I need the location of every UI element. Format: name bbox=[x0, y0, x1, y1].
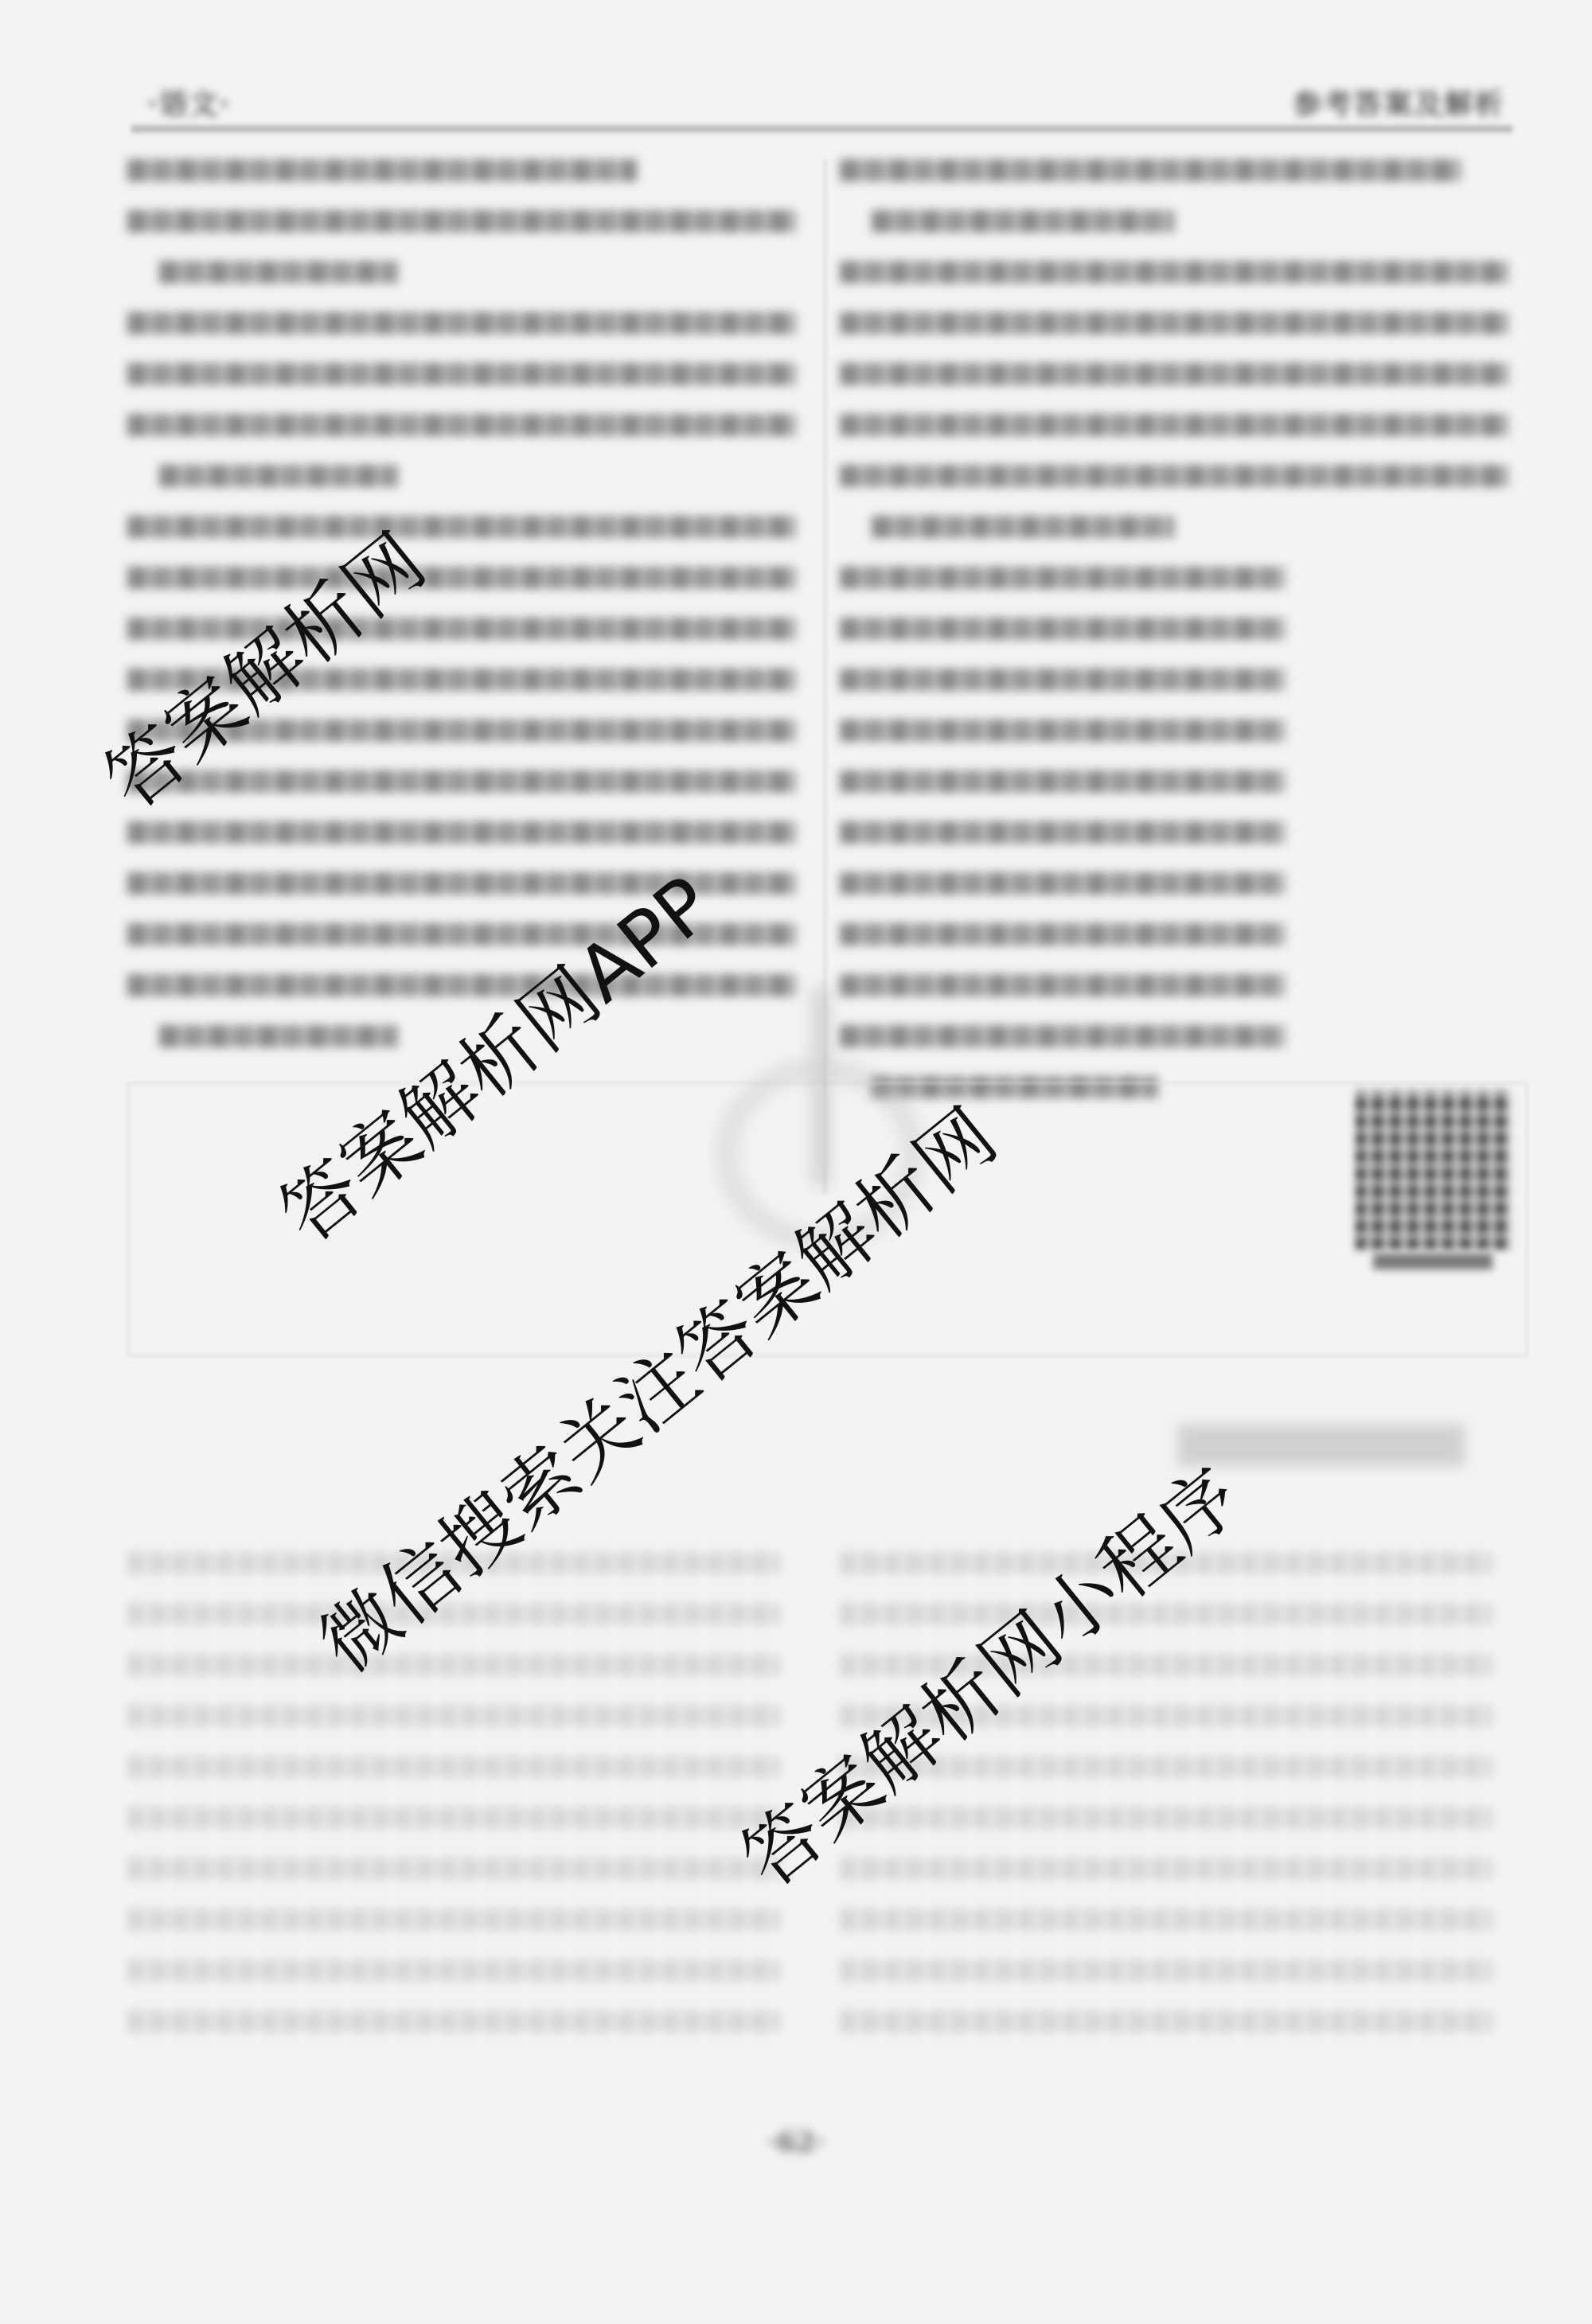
document-page: ·语文· 参考答案及解析 ·62· 答案解析网 答案解析网APP 微信搜索关注答… bbox=[0, 0, 1592, 2324]
blurred-text-line bbox=[840, 770, 1524, 793]
blurred-text-line bbox=[127, 210, 812, 232]
blurred-text-line bbox=[840, 363, 1524, 385]
blurred-text-line bbox=[840, 159, 1524, 181]
blurred-text-line bbox=[127, 1756, 812, 1778]
blurred-text-line bbox=[840, 567, 1524, 589]
blurred-text-line bbox=[840, 1858, 1524, 1880]
blurred-text-line bbox=[840, 872, 1524, 895]
qr-caption bbox=[1373, 1254, 1492, 1269]
blurred-text-line bbox=[840, 974, 1524, 996]
lower-left-column bbox=[127, 1552, 812, 2061]
blurred-text-line bbox=[840, 312, 1524, 334]
blurred-text-line bbox=[840, 2010, 1524, 2033]
blurred-text-line bbox=[127, 414, 812, 436]
blurred-text-line bbox=[840, 1959, 1524, 1982]
section-tag bbox=[1178, 1425, 1465, 1466]
right-column bbox=[840, 159, 1524, 1127]
blurred-text-line bbox=[127, 363, 812, 385]
blurred-text-line bbox=[840, 1025, 1524, 1047]
blurred-text-line bbox=[840, 618, 1524, 640]
subject-label: ·语文· bbox=[147, 82, 231, 123]
blurred-text-line bbox=[127, 1705, 812, 1727]
blurred-text-line bbox=[127, 465, 812, 487]
blurred-text-line bbox=[127, 1909, 812, 1931]
blurred-text-line bbox=[127, 770, 812, 793]
blurred-text-line bbox=[840, 414, 1524, 436]
blurred-text-line bbox=[840, 210, 1524, 232]
blurred-text-line bbox=[127, 1959, 812, 1982]
section-title: 参考答案及解析 bbox=[1293, 82, 1504, 123]
blurred-text-line bbox=[127, 1807, 812, 1829]
header-rule bbox=[131, 125, 1512, 133]
blurred-text-line bbox=[840, 261, 1524, 283]
blurred-text-line bbox=[127, 567, 812, 589]
blurred-text-line bbox=[127, 1858, 812, 1880]
blurred-text-line bbox=[840, 516, 1524, 538]
blurred-text-line bbox=[127, 1603, 812, 1625]
blurred-text-line bbox=[840, 669, 1524, 691]
blurred-text-line bbox=[840, 1909, 1524, 1931]
blurred-text-line bbox=[127, 821, 812, 844]
blurred-text-line bbox=[127, 872, 812, 895]
blurred-text-line bbox=[127, 1654, 812, 1676]
blurred-text-line bbox=[840, 465, 1524, 487]
blurred-text-line bbox=[127, 516, 812, 538]
blurred-text-line bbox=[840, 923, 1524, 946]
blurred-text-line bbox=[840, 1807, 1524, 1829]
blurred-text-line bbox=[127, 312, 812, 334]
lower-right-column bbox=[840, 1552, 1524, 2061]
blurred-text-line bbox=[127, 159, 812, 181]
blurred-text-line bbox=[840, 719, 1524, 742]
page-header: ·语文· 参考答案及解析 bbox=[131, 76, 1512, 131]
qr-code-icon[interactable] bbox=[1356, 1090, 1511, 1250]
blurred-text-line bbox=[127, 2010, 812, 2033]
page-number: ·62· bbox=[768, 2127, 825, 2158]
blurred-text-line bbox=[840, 1603, 1524, 1625]
blurred-text-line bbox=[840, 821, 1524, 844]
blurred-text-line bbox=[127, 261, 812, 283]
